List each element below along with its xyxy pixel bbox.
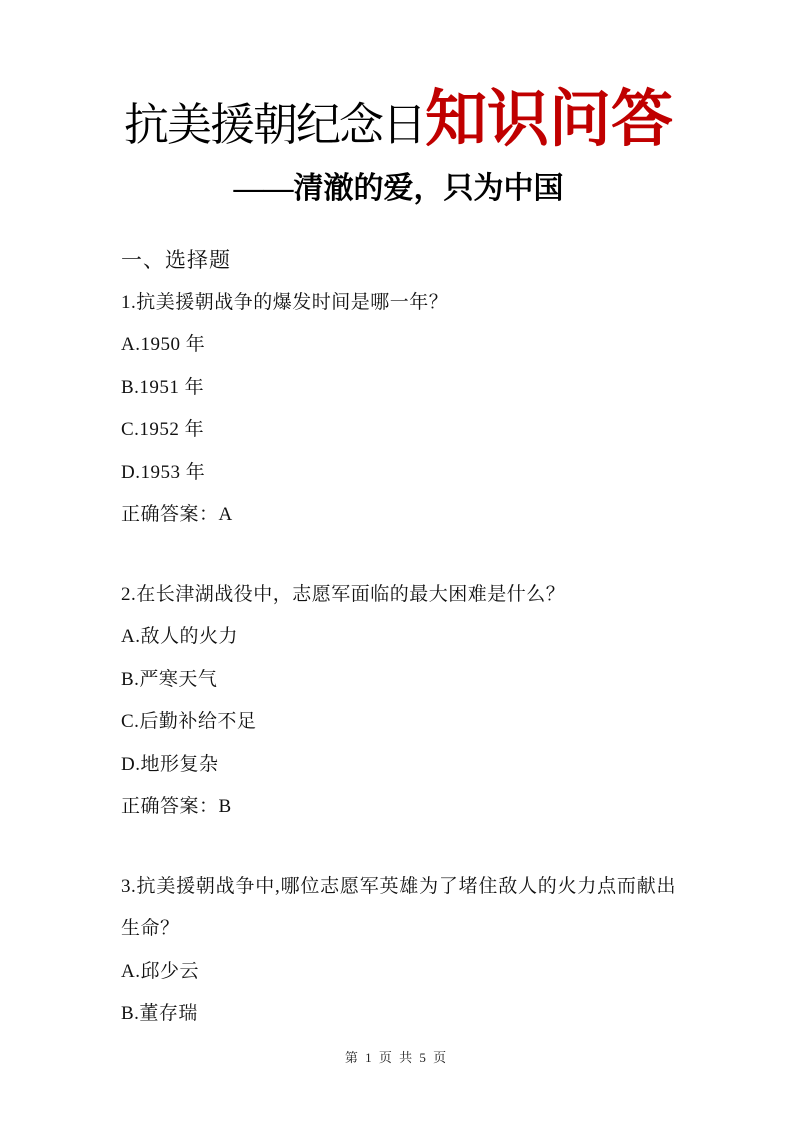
spacer xyxy=(121,537,676,574)
option-c: C.后勤补给不足 xyxy=(121,701,676,744)
option-b: B.严寒天气 xyxy=(121,659,676,702)
question-text: 3.抗美援朝战争中,哪位志愿军英雄为了堵住敌人的火力点而献出生命？ xyxy=(121,866,676,951)
option-d: D.地形复杂 xyxy=(121,744,676,787)
title-red-part: 知识问答 xyxy=(425,86,673,154)
question-block-2: 2.在长津湖战役中，志愿军面临的最大困难是什么？ A.敌人的火力 B.严寒天气 … xyxy=(121,574,676,829)
quiz-body: 一、选择题 1.抗美援朝战争的爆发时间是哪一年？ A.1950 年 B.1951… xyxy=(121,239,676,1036)
answer-line: 正确答案：B xyxy=(121,786,676,829)
option-b: B.董存瑞 xyxy=(121,993,676,1036)
option-a: A.1950 年 xyxy=(121,324,676,367)
spacer xyxy=(121,829,676,866)
document-content: 抗美援朝纪念日知识问答 ——清澈的爱，只为中国 一、选择题 1.抗美援朝战争的爆… xyxy=(0,88,793,1036)
option-b: B.1951 年 xyxy=(121,367,676,410)
option-c: C.1952 年 xyxy=(121,409,676,452)
page-number-footer: 第 1 页 共 5 页 xyxy=(0,1047,793,1066)
answer-line: 正确答案：A xyxy=(121,494,676,537)
option-a: A.敌人的火力 xyxy=(121,616,676,659)
question-block-3: 3.抗美援朝战争中,哪位志愿军英雄为了堵住敌人的火力点而献出生命？ A.邱少云 … xyxy=(121,866,676,1036)
section-heading: 一、选择题 xyxy=(121,239,676,282)
option-a: A.邱少云 xyxy=(121,951,676,994)
question-text: 1.抗美援朝战争的爆发时间是哪一年？ xyxy=(121,282,676,325)
document-subtitle: ——清澈的爱，只为中国 xyxy=(121,163,676,207)
document-title: 抗美援朝纪念日知识问答 xyxy=(121,88,676,153)
question-block-1: 1.抗美援朝战争的爆发时间是哪一年？ A.1950 年 B.1951 年 C.1… xyxy=(121,282,676,537)
option-d: D.1953 年 xyxy=(121,452,676,495)
question-text: 2.在长津湖战役中，志愿军面临的最大困难是什么？ xyxy=(121,574,676,617)
title-black-part: 抗美援朝纪念日 xyxy=(124,100,425,150)
document-page: 抗美援朝纪念日知识问答 ——清澈的爱，只为中国 一、选择题 1.抗美援朝战争的爆… xyxy=(0,0,793,1122)
